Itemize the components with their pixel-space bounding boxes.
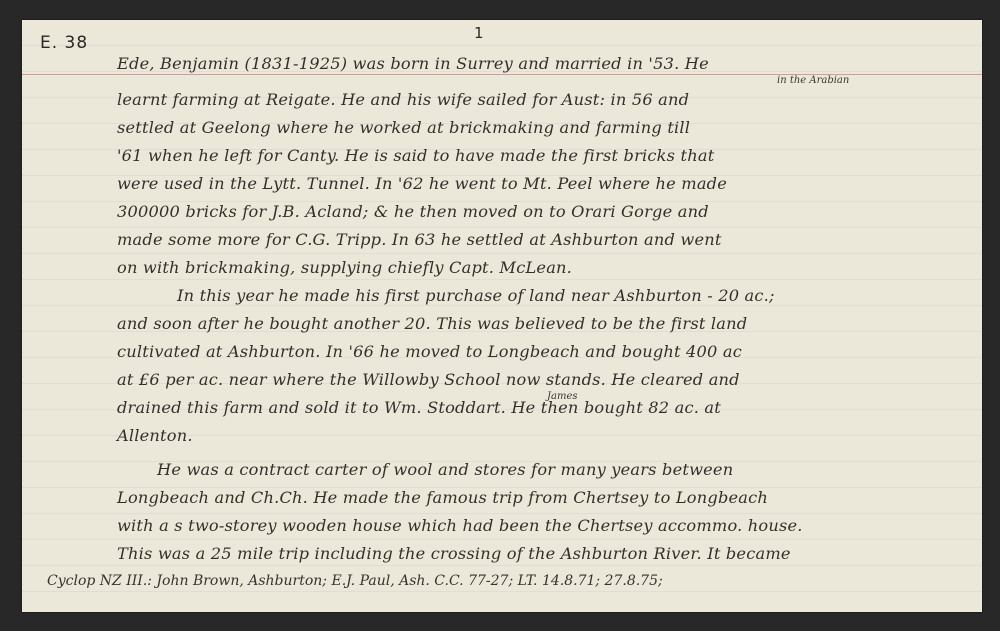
text-line: Allenton. — [117, 426, 193, 445]
text-line: and soon after he bought another 20. Thi… — [117, 314, 747, 333]
text-line: made some more for C.G. Tripp. In 63 he … — [117, 230, 722, 249]
text-line: drained this farm and sold it to Wm. Sto… — [117, 398, 721, 417]
text-line: Ede, Benjamin (1831-1925) was born in Su… — [117, 54, 709, 73]
text-line: cultivated at Ashburton. In '66 he moved… — [117, 342, 742, 361]
index-card: E. 38 1 Ede, Benjamin (1831-1925) was bo… — [22, 20, 982, 612]
text-line: at £6 per ac. near where the Willowby Sc… — [117, 370, 740, 389]
text-line: This was a 25 mile trip including the cr… — [117, 544, 791, 563]
text-line: He was a contract carter of wool and sto… — [157, 460, 733, 479]
page-number: 1 — [474, 24, 484, 42]
text-line: learnt farming at Reigate. He and his wi… — [117, 90, 689, 109]
interlinear-note: in the Arabian — [777, 75, 849, 86]
scan-background: E. 38 1 Ede, Benjamin (1831-1925) was bo… — [0, 0, 1000, 631]
text-line: In this year he made his first purchase … — [177, 286, 775, 305]
text-line: were used in the Lytt. Tunnel. In '62 he… — [117, 174, 727, 193]
text-line: settled at Geelong where he worked at br… — [117, 118, 690, 137]
text-line: Longbeach and Ch.Ch. He made the famous … — [117, 488, 768, 507]
text-line: '61 when he left for Canty. He is said t… — [117, 146, 714, 165]
text-line: with a s two-storey wooden house which h… — [117, 516, 803, 535]
text-line: 300000 bricks for J.B. Acland; & he then… — [117, 202, 709, 221]
card-reference: E. 38 — [40, 33, 88, 53]
sources-citation: Cyclop NZ III.: John Brown, Ashburton; E… — [47, 573, 663, 589]
text-line: on with brickmaking, supplying chiefly C… — [117, 258, 572, 277]
